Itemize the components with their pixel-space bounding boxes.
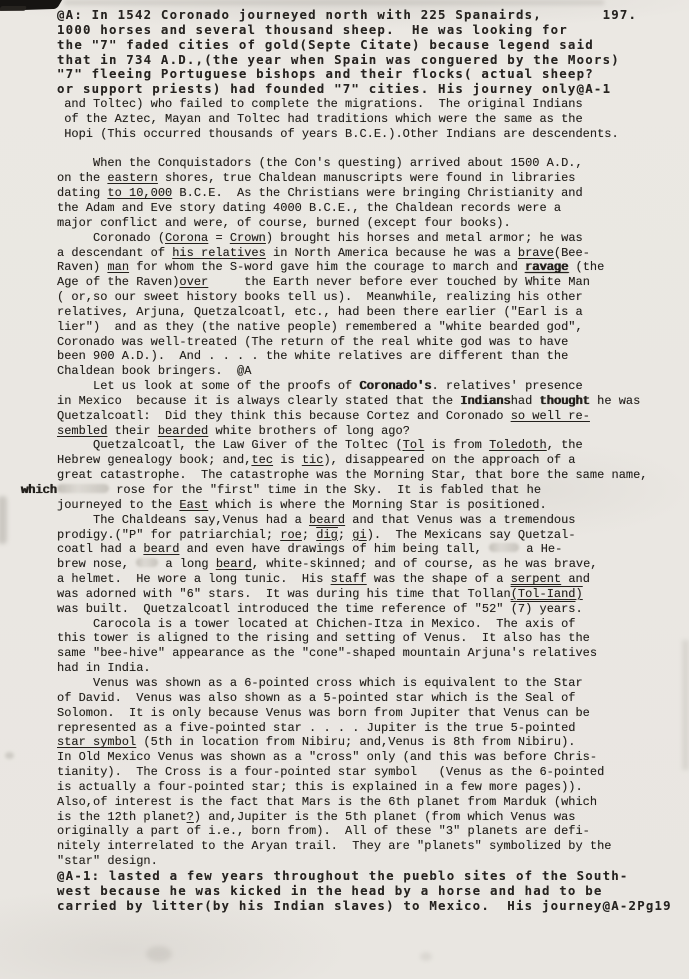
text-segment: In Old Mexico Venus was shown as a "cros… (57, 750, 597, 764)
text-segment: the "7" faded cities of gold(Septe Citat… (57, 37, 594, 52)
text-line: Raven) man for whom the S-word gave him … (57, 260, 689, 275)
text-line: prodigy.("P" for patriarchial; roe; dig;… (57, 528, 689, 543)
text-line: Carocola is a tower located at Chichen-I… (57, 617, 689, 632)
text-segment: on the (57, 171, 107, 185)
text-segment: Coronado was well-treated (The return of… (57, 335, 568, 349)
text-segment: rose for the "first" time in the Sky. It… (109, 483, 541, 497)
text-segment: of the Aztec, Mayan and Toltec had tradi… (57, 112, 583, 126)
text-line: coatl had a beard and even have drawings… (57, 542, 689, 557)
text-segment: represented as a five-pointed star . . .… (57, 721, 575, 735)
text-line: or support priests) had founded "7" citi… (57, 82, 689, 97)
text-segment: "star" design. (57, 854, 158, 868)
text-segment: is (273, 453, 302, 467)
text-segment: and Toltec) who failed to complete the m… (57, 97, 583, 111)
whiteout-correction-mark (489, 543, 519, 552)
text-line: @A: In 1542 Coronado journeyed north wit… (57, 8, 689, 23)
text-line: a helmet. He wore a long tunic. His staf… (57, 572, 689, 587)
text-segment: ) and,Jupiter is the 5th planet (from wh… (194, 810, 576, 824)
text-segment: this tower is aligned to the rising and … (57, 631, 590, 645)
text-segment: major conflict and were, of course, burn… (57, 216, 511, 230)
text-line: which rose for the "first" time in the S… (21, 483, 689, 498)
text-segment: a He- (519, 542, 562, 556)
text-segment: Coronado ( (57, 231, 165, 245)
text-line: that in 734 A.D.,(the year when Spain wa… (57, 53, 689, 68)
text-line: Hopi (This occurred thousands of years B… (57, 127, 689, 142)
underlined-text: ravage (525, 260, 568, 274)
text-segment: Age of the Raven) (57, 275, 179, 289)
text-segment: their (107, 424, 157, 438)
text-segment: (the (568, 260, 604, 274)
text-line: Quetzalcoatl, the Law Giver of the Tolte… (57, 438, 689, 453)
text-line: Chaldean book bringers. @A (57, 364, 689, 379)
text-line: this tower is aligned to the rising and … (57, 631, 689, 646)
text-segment: @A-1: lasted a few years throughout the … (57, 868, 629, 883)
text-line: of David. Venus was also shown as a 5-po… (57, 691, 689, 706)
text-line: relatives, Arjuna, Quetzalcoatl, etc., h… (57, 305, 689, 320)
text-line: Also,of interest is the fact that Mars i… (57, 795, 689, 810)
text-segment: and even have drawings of him being tall… (179, 542, 489, 556)
text-line: lier") and as they (the native people) r… (57, 320, 689, 335)
text-line: Coronado was well-treated (The return of… (57, 335, 689, 350)
text-segment: same "bee-hive" appearance as the "cone"… (57, 646, 597, 660)
text-segment: he was (590, 394, 640, 408)
text-line: on the eastern shores, true Chaldean man… (57, 171, 689, 186)
underlined-text: Crown (230, 231, 266, 245)
text-segment: of David. Venus was also shown as a 5-po… (57, 691, 575, 705)
underlined-text: over (179, 275, 208, 289)
text-segment: carried by litter(by his Indian slaves) … (57, 898, 672, 913)
text-line: tianity). The Cross is a four-pointed st… (57, 765, 689, 780)
text-segment: a helmet. He wore a long tunic. His (57, 572, 331, 586)
underlined-text: (Tol-Iand) (511, 587, 583, 601)
scan-artifact-bottom-dot (420, 952, 432, 961)
text-line: west because he was kicked in the head b… (57, 884, 689, 899)
text-segment: ; (302, 528, 316, 542)
underlined-text: Toledoth (489, 438, 547, 452)
text-line: sembled their bearded white brothers of … (57, 424, 689, 439)
underlined-text: star symbol (57, 735, 136, 749)
text-segment: in North America because he was a (266, 246, 518, 260)
underlined-text: roe (280, 528, 302, 542)
text-line: Age of the Raven)over the Earth never be… (57, 275, 689, 290)
document-page: @A: In 1542 Coronado journeyed north wit… (0, 0, 689, 979)
text-segment: brew nose, (57, 557, 136, 571)
text-segment: Hebrew genealogy book; and, (57, 453, 251, 467)
text-segment: great catastrophe. The catastrophe was t… (57, 468, 648, 482)
underlined-text: ? (187, 810, 194, 824)
text-segment: . relatives' presence (431, 379, 582, 393)
text-segment: and (561, 572, 590, 586)
text-line: and Toltec) who failed to complete the m… (57, 97, 689, 112)
text-segment: white brothers of long ago? (208, 424, 410, 438)
text-segment: relatives, Arjuna, Quetzalcoatl, etc., h… (57, 305, 583, 319)
text-segment: Raven) (57, 260, 107, 274)
underlined-text: East (179, 498, 208, 512)
text-line: Let us look at some of the proofs of Cor… (57, 379, 689, 394)
whiteout-correction-mark (57, 484, 109, 493)
text-segment: west because he was kicked in the head b… (57, 883, 603, 898)
text-segment: shores, true Chaldean manuscripts were f… (158, 171, 576, 185)
text-segment: "7" fleeing Portuguese bishops and their… (57, 66, 594, 81)
text-segment: had (511, 394, 540, 408)
text-line: was adorned with "6" stars. It was durin… (57, 587, 689, 602)
underlined-text: tec (251, 453, 273, 467)
text-segment: a descendant of (57, 246, 172, 260)
text-line: star symbol (5th in location from Nibiru… (57, 735, 689, 750)
text-segment: Carocola is a tower located at Chichen-I… (57, 617, 575, 631)
text-segment: tianity). The Cross is a four-pointed st… (57, 765, 604, 779)
text-segment: is the 12th planet (57, 810, 187, 824)
text-line: a descendant of his relatives in North A… (57, 246, 689, 261)
text-segment: and that Venus was a tremendous (345, 513, 575, 527)
text-segment: Also,of interest is the fact that Mars i… (57, 795, 597, 809)
text-segment: prodigy.("P" for patriarchial; (57, 528, 280, 542)
underlined-text: sembled (57, 424, 107, 438)
text-segment: a long (158, 557, 216, 571)
text-line: Quetzalcoatl: Did they think this becaus… (57, 409, 689, 424)
text-segment: that in 734 A.D.,(the year when Spain wa… (57, 52, 620, 67)
text-segment: been 900 A.D.). And . . . . the white re… (57, 349, 568, 363)
scan-artifact-top-streak (64, 0, 604, 5)
text-segment: The Chaldeans say,Venus had a (57, 513, 309, 527)
text-segment: is from (424, 438, 489, 452)
text-line: is actually a four-pointed star; this is… (57, 780, 689, 795)
text-line: Venus was shown as a 6-pointed cross whi… (57, 676, 689, 691)
text-segment: B.C.E. As the Christians were bringing C… (172, 186, 582, 200)
text-line: Hebrew genealogy book; and,tec is tic), … (57, 453, 689, 468)
underlined-text: staff (331, 572, 367, 586)
text-segment: nitely interrelated to the Aryan trail. … (57, 839, 612, 853)
underlined-text: Tol (403, 438, 425, 452)
text-line: had in India. (57, 661, 689, 676)
underlined-text: gi (352, 528, 366, 542)
text-segment: the Adam and Eve story dating 4000 B.C.E… (57, 201, 561, 215)
underlined-text: Corona (165, 231, 208, 245)
text-line: In Old Mexico Venus was shown as a "cros… (57, 750, 689, 765)
scan-artifact-corner-blob-small (0, 6, 27, 11)
text-segment: in Mexico because it is always clearly s… (57, 394, 460, 408)
text-segment: coatl had a (57, 542, 143, 556)
text-line: represented as a five-pointed star . . .… (57, 721, 689, 736)
overstruck-text: which (21, 483, 57, 497)
underlined-text: beard (143, 542, 179, 556)
text-line: "star" design. (57, 854, 689, 869)
text-line: the "7" faded cities of gold(Septe Citat… (57, 38, 689, 53)
text-line: "7" fleeing Portuguese bishops and their… (57, 67, 689, 82)
text-line: carried by litter(by his Indian slaves) … (57, 899, 689, 914)
text-segment: Let us look at some of the proofs of (57, 379, 359, 393)
text-segment: Quetzalcoatl, the Law Giver of the Tolte… (57, 438, 403, 452)
text-line: When the Conquistadors (the Con's questi… (57, 156, 689, 171)
text-segment: ( or,so our sweet history books tell us)… (57, 290, 583, 304)
text-segment: originally a part of i.e., born from). A… (57, 824, 590, 838)
underlined-text: to 10,000 (107, 186, 172, 200)
underlined-text: tic (302, 453, 324, 467)
underlined-text: bearded (158, 424, 208, 438)
text-segment: dating (57, 186, 107, 200)
text-segment: is actually a four-pointed star; this is… (57, 780, 583, 794)
text-line: same "bee-hive" appearance as the "cone"… (57, 646, 689, 661)
underlined-text: beard (309, 513, 345, 527)
text-line: was built. Quetzalcoatl introduced the t… (57, 602, 689, 617)
underlined-text: dig (316, 528, 338, 542)
text-line: dating to 10,000 B.C.E. As the Christian… (57, 186, 689, 201)
text-line: in Mexico because it is always clearly s… (57, 394, 689, 409)
text-line: of the Aztec, Mayan and Toltec had tradi… (57, 112, 689, 127)
text-segment: (7) years (511, 602, 576, 616)
text-line: the Adam and Eve story dating 4000 B.C.E… (57, 201, 689, 216)
text-segment: When the Conquistadors (the Con's questi… (57, 156, 583, 170)
text-segment: Venus was shown as a 6-pointed cross whi… (57, 676, 583, 690)
underlined-text: so well re- (511, 409, 590, 423)
text-line: ( or,so our sweet history books tell us)… (57, 290, 689, 305)
text-segment: , the (547, 438, 583, 452)
overstruck-text: Indians (460, 394, 510, 408)
text-line: nitely interrelated to the Aryan trail. … (57, 839, 689, 854)
scan-artifact-left-dot (5, 752, 14, 759)
text-segment: for whom the S-word gave him the courage… (129, 260, 525, 274)
text-line: The Chaldeans say,Venus had a beard and … (57, 513, 689, 528)
blank-line (57, 142, 689, 157)
text-segment: . (576, 602, 583, 616)
underlined-text: his relatives (172, 246, 266, 260)
text-line: originally a part of i.e., born from). A… (57, 824, 689, 839)
text-segment: @A: In 1542 Coronado journeyed north wit… (57, 7, 637, 22)
text-segment: ), disappeared on the approach of a (323, 453, 575, 467)
text-segment: had in India. (57, 661, 151, 675)
text-line: 1000 horses and several thousand sheep. … (57, 23, 689, 38)
text-segment: which is where the Morning Star is posit… (208, 498, 546, 512)
text-segment: = (208, 231, 230, 245)
text-segment: was the shape of a (367, 572, 511, 586)
text-segment: ). The Mexicans say Quetzal- (367, 528, 576, 542)
text-segment: lier") and as they (the native people) r… (57, 320, 583, 334)
text-segment: was built. Quetzalcoatl introduced the t… (57, 602, 511, 616)
text-line: journeyed to the East which is where the… (57, 498, 689, 513)
text-segment: or support priests) had founded "7" citi… (57, 81, 611, 96)
text-segment: , white-skinned; and of course, as he wa… (252, 557, 598, 571)
scan-artifact-corner-blob (0, 0, 65, 11)
scan-artifact-bottom-smudge (146, 946, 172, 962)
whiteout-correction-mark (136, 558, 158, 567)
document-text-block: @A: In 1542 Coronado journeyed north wit… (57, 8, 689, 913)
underlined-text: man (107, 260, 129, 274)
text-segment: journeyed to the (57, 498, 179, 512)
text-line: is the 12th planet?) and,Jupiter is the … (57, 810, 689, 825)
underlined-text: beard (216, 557, 252, 571)
text-line: brew nose, a long beard, white-skinned; … (57, 557, 689, 572)
text-segment: was adorned with "6" stars. It was durin… (57, 587, 511, 601)
overstruck-text: Coronado's (359, 379, 431, 393)
text-segment: Quetzalcoatl: Did they think this becaus… (57, 409, 511, 423)
text-line: Solomon. It is only because Venus was bo… (57, 706, 689, 721)
text-segment: (5th in location from Nibiru; and,Venus … (136, 735, 575, 749)
text-segment: 1000 horses and several thousand sheep. … (57, 22, 568, 37)
text-line: great catastrophe. The catastrophe was t… (57, 468, 689, 483)
text-segment: Chaldean book bringers. @A (57, 364, 251, 378)
overstruck-text: thought (540, 394, 590, 408)
text-segment: the Earth never before ever touched by W… (208, 275, 590, 289)
underlined-text: serpent (511, 572, 561, 586)
underlined-text: brave (518, 246, 554, 260)
text-segment: Solomon. It is only because Venus was bo… (57, 706, 590, 720)
underlined-text: eastern (107, 171, 157, 185)
text-line: Coronado (Corona = Crown) brought his ho… (57, 231, 689, 246)
text-line: @A-1: lasted a few years throughout the … (57, 869, 689, 884)
text-segment: (Bee- (554, 246, 590, 260)
text-segment: ) brought his horses and metal armor; he… (266, 231, 583, 245)
text-line: major conflict and were, of course, burn… (57, 216, 689, 231)
text-line: been 900 A.D.). And . . . . the white re… (57, 349, 689, 364)
text-segment: Hopi (This occurred thousands of years B… (57, 127, 619, 141)
scan-artifact-left-streak (0, 496, 7, 544)
text-segment: ; (338, 528, 352, 542)
